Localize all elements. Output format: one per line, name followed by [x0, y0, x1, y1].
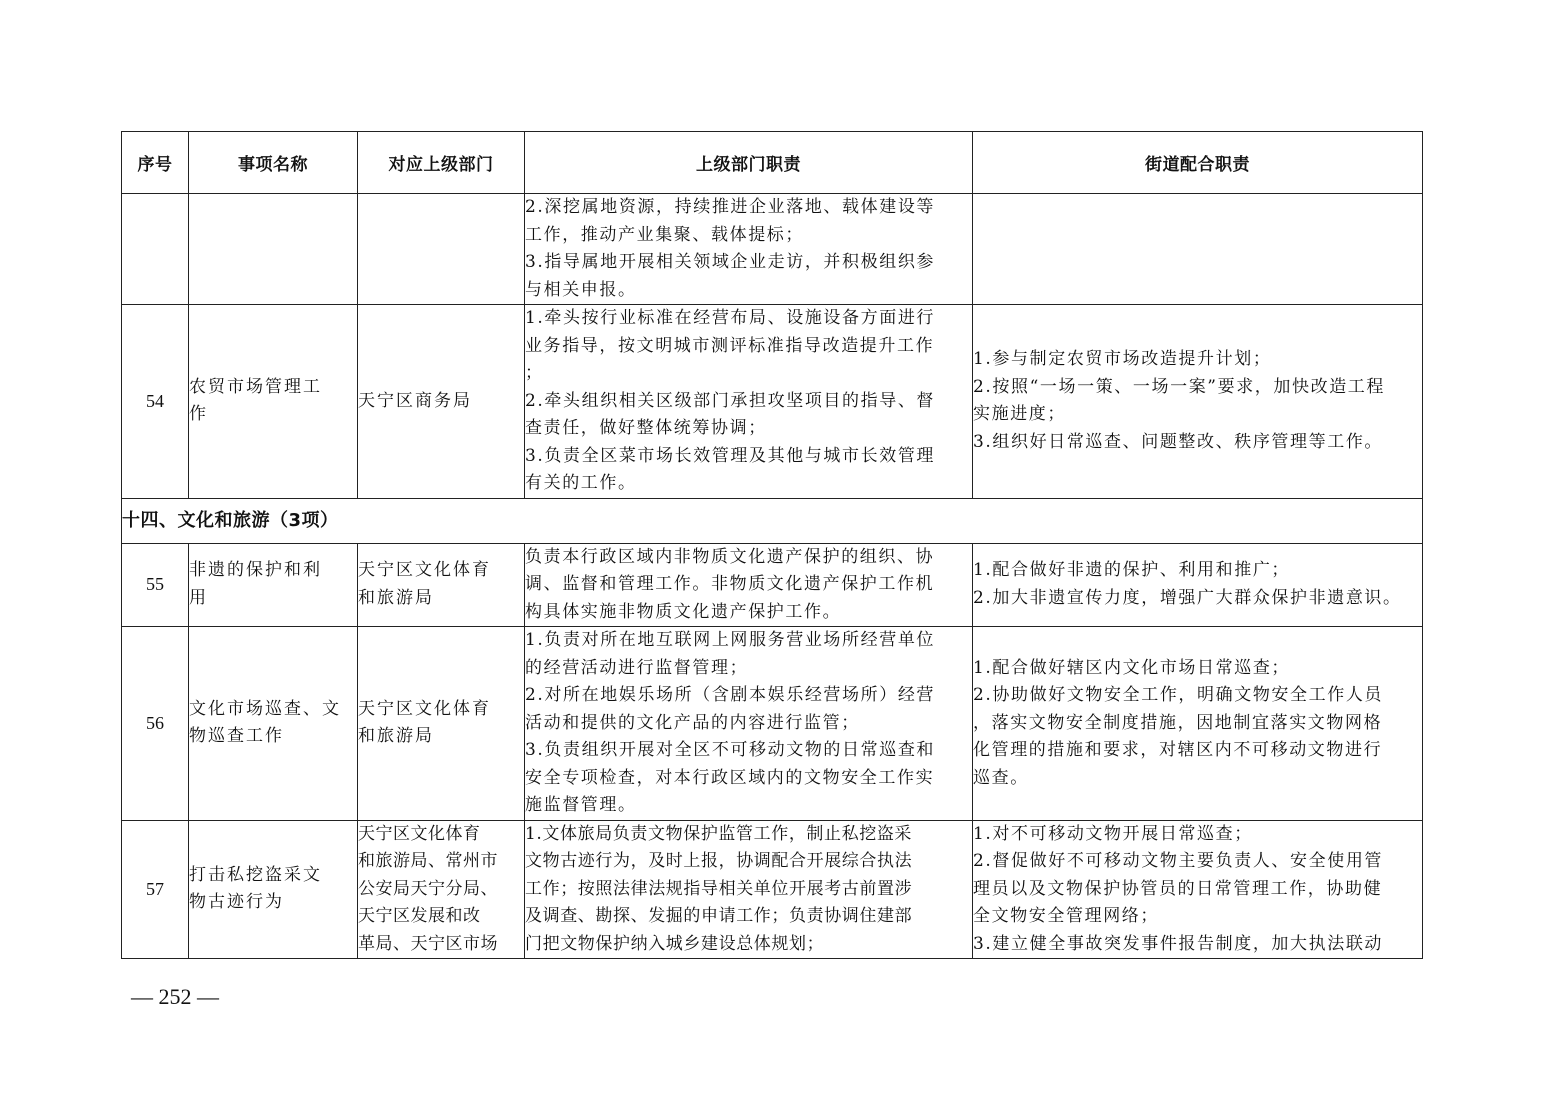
row-street-duty: 1.配合做好非遗的保护、利用和推广； 2.加大非遗宣传力度，增强广大群众保护非遗… — [973, 543, 1423, 627]
duty-table: 序号 事项名称 对应上级部门 上级部门职责 街道配合职责 2.深挖属地资源，持续… — [121, 131, 1423, 959]
table-row: 54 农贸市场管理工 作 天宁区商务局 1.牵头按行业标准在经营布局、设施设备方… — [122, 305, 1423, 499]
text-line: 全文物安全管理网络； — [973, 903, 1422, 931]
text-line: 文化市场巡查、文 — [189, 696, 357, 724]
text-line: 1.参与制定农贸市场改造提升计划； — [973, 346, 1422, 374]
row-no: 54 — [122, 305, 189, 499]
text-line: 3.组织好日常巡查、问题整改、秩序管理等工作。 — [973, 429, 1422, 457]
text-line: 和旅游局 — [358, 585, 524, 613]
text-line: 2.协助做好文物安全工作，明确文物安全工作人员 — [973, 682, 1422, 710]
text-line: 安全专项检查，对本行政区域内的文物安全工作实 — [525, 765, 972, 793]
text-line: 1.负责对所在地互联网上网服务营业场所经营单位 — [525, 627, 972, 655]
text-line: 公安局天宁分局、 — [358, 876, 524, 904]
text-line: 施监督管理。 — [525, 792, 972, 820]
table-row: 2.深挖属地资源，持续推进企业落地、载体建设等 工作，推动产业集聚、载体提标； … — [122, 194, 1423, 305]
row-upper-dept: 天宁区文化体育 和旅游局、常州市 公安局天宁分局、 天宁区发展和改 革局、天宁区… — [358, 820, 525, 959]
text-line: 3.负责全区菜市场长效管理及其他与城市长效管理 — [525, 443, 972, 471]
text-line: 有关的工作。 — [525, 470, 972, 498]
text-line: 天宁区文化体育 — [358, 696, 524, 724]
header-upper-dept: 对应上级部门 — [358, 132, 525, 194]
text-line: 革局、天宁区市场 — [358, 931, 524, 959]
text-line: 实施进度； — [973, 401, 1422, 429]
section-row: 十四、文化和旅游（3项） — [122, 498, 1423, 543]
text-line: 物巡查工作 — [189, 723, 357, 751]
text-line: 构具体实施非物质文化遗产保护工作。 — [525, 599, 972, 627]
row-item-name: 非遗的保护和利 用 — [189, 543, 358, 627]
text-line: 工作；按照法律法规指导相关单位开展考古前置涉 — [525, 876, 972, 904]
text-line: 非遗的保护和利 — [189, 557, 357, 585]
section-title: 十四、文化和旅游（3项） — [122, 498, 1423, 543]
row-no: 55 — [122, 543, 189, 627]
table-row: 55 非遗的保护和利 用 天宁区文化体育 和旅游局 负责本行政区域内非物质文化遗… — [122, 543, 1423, 627]
row-upper-duty: 1.牵头按行业标准在经营布局、设施设备方面进行 业务指导，按文明城市测评标准指导… — [525, 305, 973, 499]
row-item-name: 农贸市场管理工 作 — [189, 305, 358, 499]
row-upper-dept — [358, 194, 525, 305]
text-line: 化管理的措施和要求，对辖区内不可移动文物进行 — [973, 737, 1422, 765]
text-line: 物古迹行为 — [189, 889, 357, 917]
text-line: 作 — [189, 401, 357, 429]
table-header-row: 序号 事项名称 对应上级部门 上级部门职责 街道配合职责 — [122, 132, 1423, 194]
text-line: 及调查、勘探、发掘的申请工作；负责协调住建部 — [525, 903, 972, 931]
row-street-duty: 1.对不可移动文物开展日常巡查； 2.督促做好不可移动文物主要负责人、安全使用管… — [973, 820, 1423, 959]
header-item-name: 事项名称 — [189, 132, 358, 194]
text-line: 农贸市场管理工 — [189, 374, 357, 402]
text-line: 2.深挖属地资源，持续推进企业落地、载体建设等 — [525, 194, 972, 222]
row-upper-dept: 天宁区文化体育 和旅游局 — [358, 543, 525, 627]
row-upper-duty: 1.负责对所在地互联网上网服务营业场所经营单位 的经营活动进行监督管理； 2.对… — [525, 627, 973, 821]
row-upper-duty: 1.文体旅局负责文物保护监管工作，制止私挖盗采 文物古迹行为，及时上报，协调配合… — [525, 820, 973, 959]
text-line: 工作，推动产业集聚、载体提标； — [525, 222, 972, 250]
text-line: 活动和提供的文化产品的内容进行监管； — [525, 710, 972, 738]
text-line: 调、监督和管理工作。非物质文化遗产保护工作机 — [525, 571, 972, 599]
row-item-name — [189, 194, 358, 305]
text-line: 天宁区文化体育 — [358, 821, 524, 849]
text-line: 负责本行政区域内非物质文化遗产保护的组织、协 — [525, 544, 972, 572]
row-street-duty: 1.参与制定农贸市场改造提升计划； 2.按照“一场一策、一场一案”要求，加快改造… — [973, 305, 1423, 499]
row-no: 57 — [122, 820, 189, 959]
text-line: 1.对不可移动文物开展日常巡查； — [973, 821, 1422, 849]
text-line: 2.按照“一场一策、一场一案”要求，加快改造工程 — [973, 374, 1422, 402]
text-line: 3.指导属地开展相关领域企业走访，并积极组织参 — [525, 249, 972, 277]
text-line: 2.督促做好不可移动文物主要负责人、安全使用管 — [973, 848, 1422, 876]
text-line: 门把文物保护纳入城乡建设总体规划； — [525, 931, 972, 959]
text-line: 2.对所在地娱乐场所（含剧本娱乐经营场所）经营 — [525, 682, 972, 710]
row-upper-duty: 2.深挖属地资源，持续推进企业落地、载体建设等 工作，推动产业集聚、载体提标； … — [525, 194, 973, 305]
header-no: 序号 — [122, 132, 189, 194]
page-number: — 252 — — [131, 984, 219, 1010]
text-line: 天宁区文化体育 — [358, 557, 524, 585]
row-upper-duty: 负责本行政区域内非物质文化遗产保护的组织、协 调、监督和管理工作。非物质文化遗产… — [525, 543, 973, 627]
text-line: 文物古迹行为，及时上报，协调配合开展综合执法 — [525, 848, 972, 876]
text-line: ； — [525, 360, 972, 388]
text-line: 天宁区商务局 — [358, 388, 524, 416]
row-item-name: 打击私挖盗采文 物古迹行为 — [189, 820, 358, 959]
text-line: 1.配合做好辖区内文化市场日常巡查； — [973, 655, 1422, 683]
text-line: 2.牵头组织相关区级部门承担攻坚项目的指导、督 — [525, 388, 972, 416]
text-line: 和旅游局 — [358, 723, 524, 751]
row-item-name: 文化市场巡查、文 物巡查工作 — [189, 627, 358, 821]
row-upper-dept: 天宁区文化体育 和旅游局 — [358, 627, 525, 821]
text-line: 3.建立健全事故突发事件报告制度，加大执法联动 — [973, 931, 1422, 959]
row-no — [122, 194, 189, 305]
row-street-duty: 1.配合做好辖区内文化市场日常巡查； 2.协助做好文物安全工作，明确文物安全工作… — [973, 627, 1423, 821]
document-page: 序号 事项名称 对应上级部门 上级部门职责 街道配合职责 2.深挖属地资源，持续… — [0, 0, 1559, 1102]
table-row: 57 打击私挖盗采文 物古迹行为 天宁区文化体育 和旅游局、常州市 公安局天宁分… — [122, 820, 1423, 959]
header-upper-duty: 上级部门职责 — [525, 132, 973, 194]
text-line: ，落实文物安全制度措施，因地制宜落实文物网格 — [973, 710, 1422, 738]
text-line: 查责任，做好整体统筹协调； — [525, 415, 972, 443]
text-line: 1.配合做好非遗的保护、利用和推广； — [973, 557, 1422, 585]
row-street-duty — [973, 194, 1423, 305]
text-line: 2.加大非遗宣传力度，增强广大群众保护非遗意识。 — [973, 585, 1422, 613]
text-line: 与相关申报。 — [525, 277, 972, 305]
text-line: 的经营活动进行监督管理； — [525, 655, 972, 683]
text-line: 用 — [189, 585, 357, 613]
table-row: 56 文化市场巡查、文 物巡查工作 天宁区文化体育 和旅游局 1.负责对所在地互… — [122, 627, 1423, 821]
header-street-duty: 街道配合职责 — [973, 132, 1423, 194]
text-line: 业务指导，按文明城市测评标准指导改造提升工作 — [525, 333, 972, 361]
row-upper-dept: 天宁区商务局 — [358, 305, 525, 499]
text-line: 3.负责组织开展对全区不可移动文物的日常巡查和 — [525, 737, 972, 765]
text-line: 理员以及文物保护协管员的日常管理工作，协助健 — [973, 876, 1422, 904]
text-line: 1.文体旅局负责文物保护监管工作，制止私挖盗采 — [525, 821, 972, 849]
text-line: 1.牵头按行业标准在经营布局、设施设备方面进行 — [525, 305, 972, 333]
row-no: 56 — [122, 627, 189, 821]
text-line: 和旅游局、常州市 — [358, 848, 524, 876]
text-line: 打击私挖盗采文 — [189, 862, 357, 890]
text-line: 巡查。 — [973, 765, 1422, 793]
text-line: 天宁区发展和改 — [358, 903, 524, 931]
